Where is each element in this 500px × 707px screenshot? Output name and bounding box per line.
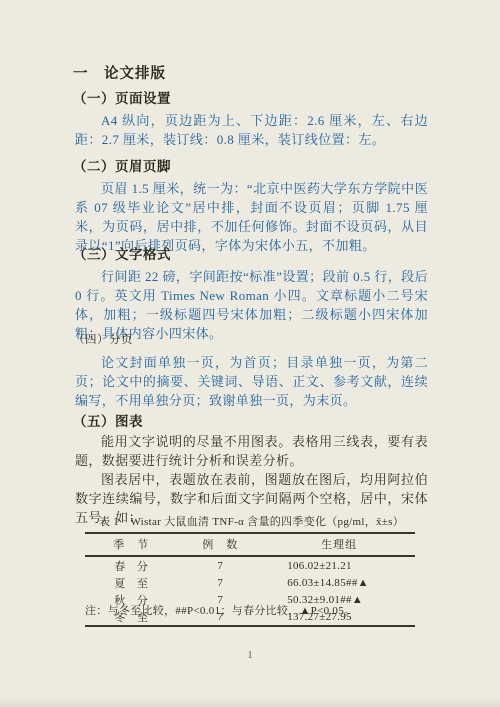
page-number: 1: [0, 650, 500, 661]
table-row: 夏 至 7 66.03±14.85##▲: [85, 574, 415, 591]
column-header-season: 季 节: [85, 533, 177, 556]
cell-season: 春 分: [85, 556, 177, 574]
title-thesis-layout: 一 论文排版: [73, 62, 166, 83]
cell-season: 夏 至: [85, 574, 177, 591]
table-row: 春 分 7 106.02±21.21: [85, 556, 415, 574]
heading-header-footer: （二）页眉页脚: [73, 155, 171, 175]
heading-charts: （五）图表: [73, 410, 143, 430]
table-note: 注：与冬至比较，##P<0.01；与春分比较，▲P<0.05。: [85, 602, 430, 618]
document-page: 一 论文排版 （一）页面设置 A4 纵向，页边距为上、下边距：2.6 厘米，左、…: [0, 0, 500, 707]
cell-value: 66.03±14.85##▲: [263, 574, 415, 591]
cell-count: 7: [177, 574, 263, 591]
paragraph-charts-intro: 能用文字说明的尽量不用图表。表格用三线表，要有表题，数据要进行统计分析和误差分析…: [75, 432, 428, 470]
table-header-row: 季 节 例 数 生理组: [85, 533, 415, 556]
heading-pagination: （四）分页: [73, 331, 133, 347]
column-header-count: 例 数: [177, 533, 263, 556]
paragraph-page-setup: A4 纵向，页边距为上、下边距：2.6 厘米，左、右边距：2.7 厘米，装订线：…: [75, 111, 428, 149]
cell-count: 7: [177, 556, 263, 574]
heading-text-format: （三）文字格式: [73, 243, 171, 263]
column-header-group: 生理组: [263, 533, 415, 556]
heading-page-setup: （一）页面设置: [73, 87, 171, 107]
paragraph-pagination: 论文封面单独一页，为首页；目录单独一页，为第二页；论文中的摘要、关键词、导语、正…: [75, 353, 428, 410]
cell-value: 106.02±21.21: [263, 556, 415, 574]
table-caption: 表 1 Wistar 大鼠血清 TNF-α 含量的四季变化（pg/ml，x̄±s…: [75, 513, 428, 529]
